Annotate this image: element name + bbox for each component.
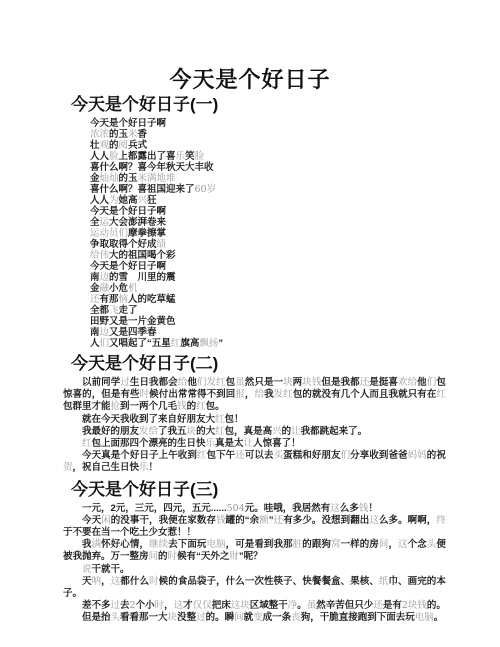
text-run: 南: [90, 327, 100, 338]
light-text-run: 给: [178, 377, 188, 388]
light-text-run: 欢给: [398, 377, 417, 388]
text-run: ！: [368, 503, 378, 514]
light-text-run: 绩: [157, 239, 167, 250]
text-run: 才: [183, 600, 193, 611]
text-run: 包。: [206, 401, 225, 412]
light-text-run: 过: [111, 600, 121, 611]
light-text-run: 这: [398, 539, 408, 550]
text-run: 一元，2元，三元，四元，五元......: [82, 503, 227, 514]
text-run: 人: [90, 338, 100, 349]
light-text-run: 飞: [109, 305, 119, 316]
light-text-run: 红: [215, 426, 225, 437]
light-text-run: 这: [174, 600, 184, 611]
light-text-run: 终: [436, 515, 446, 526]
light-text-run: 红: [196, 401, 206, 412]
light-text-run: 红: [436, 389, 446, 400]
text-run: 走了: [119, 305, 138, 316]
lyric-line: 田野又是一片金黄色: [90, 316, 500, 327]
text-run: 的。瞬: [206, 612, 235, 623]
paragraph: 但是抬头看看那一大块没整过的。瞬间就变成一条丧狗，干脆直接跑到下面去玩电脑。: [63, 612, 446, 624]
text-run: 的没事干，我便在家数存: [111, 515, 216, 526]
lyric-line: 今天是个好日子啊: [90, 118, 500, 129]
light-text-run: 乐: [206, 438, 216, 449]
text-run: 成一条: [263, 612, 292, 623]
text-run: 笑: [185, 151, 195, 162]
light-text-run: 钱: [177, 401, 187, 412]
text-run: 包！: [225, 414, 244, 425]
text-run: 又是四季春: [109, 327, 157, 338]
text-run: 。: [434, 612, 444, 623]
text-run: 壮: [90, 140, 100, 151]
light-text-run: 运动员们: [90, 228, 128, 239]
light-text-run: 边: [100, 272, 110, 283]
light-text-run: 米满地堆: [138, 173, 176, 184]
text-run: 元。哇哦，我居然有: [245, 503, 331, 514]
light-text-run: 贺: [63, 462, 73, 473]
text-run: 天: [82, 576, 92, 587]
paragraph: 就在今天我收到了来自好朋友大红包！: [63, 414, 446, 426]
text-run: 人人: [90, 151, 109, 162]
light-text-run: 过: [120, 377, 130, 388]
text-run: 今天: [82, 515, 101, 526]
light-text-run: 这: [111, 576, 121, 587]
light-text-run: 脸: [109, 151, 119, 162]
text-run: 区域整干: [250, 600, 288, 611]
text-run: 没整: [177, 612, 196, 623]
light-text-run: 块: [283, 377, 293, 388]
light-text-run: 融: [100, 283, 110, 294]
text-run: 狂: [147, 195, 157, 206]
text-run: 人人: [90, 195, 109, 206]
text-run: 我: [264, 389, 274, 400]
text-run: 的。: [427, 600, 446, 611]
text-run: ，: [388, 539, 398, 550]
text-run: 个念: [408, 539, 427, 550]
text-run: 看看那一大: [120, 612, 168, 623]
text-run: 的玉: [119, 173, 138, 184]
lyric-line: 给伟大的祖国喝个彩: [90, 250, 500, 261]
light-text-run: 们发红: [197, 377, 226, 388]
text-run: 小危: [109, 283, 128, 294]
light-text-run: 兴: [272, 426, 282, 437]
light-text-run: 乐: [139, 462, 149, 473]
lyric-line: 金融小危机: [90, 283, 500, 294]
text-run: 候的食品袋子，什么一次性筷子、快餐餐盒、果核、: [159, 576, 379, 587]
light-text-run: 们: [100, 338, 110, 349]
lyric-line: 南边的雪 川里的震: [90, 272, 500, 283]
light-text-run: 机: [128, 283, 138, 294]
light-text-run: 钱: [216, 515, 226, 526]
light-text-run: 2块钱: [402, 600, 427, 611]
light-text-run: 504: [227, 503, 245, 514]
text-run: 香: [138, 129, 148, 140]
light-text-run: 红: [171, 338, 181, 349]
light-text-run: 边: [100, 327, 110, 338]
text-run: 干就干。: [92, 564, 130, 575]
light-text-run: 们: [427, 377, 437, 388]
text-run: 去下面玩: [168, 539, 206, 550]
light-text-run: 妈妈: [408, 450, 427, 461]
text-run: 包下午: [207, 450, 236, 461]
light-text-run: 电脑: [415, 612, 434, 623]
paragraph: 天呐，这都什么时候的食品袋子，什么一次性筷子、快餐餐盒、果核、纸巾、画完的本子。: [63, 576, 446, 600]
text-run: 喜什么啊？喜今年秋天大丰收: [90, 162, 214, 173]
paragraph: 一元，2元，三元，四元，五元......504元。哇哦，我居然有这么多钱！: [63, 503, 446, 515]
text-run: 一样的房: [341, 539, 379, 550]
light-text-run: 给: [255, 389, 265, 400]
text-run: 他: [187, 377, 197, 388]
text-run: 候有“天外之: [177, 551, 229, 562]
light-text-run: 间: [149, 551, 159, 562]
text-run: 差不多: [82, 600, 111, 611]
light-text-run: 还: [90, 294, 100, 305]
light-text-run: 净: [288, 600, 298, 611]
light-text-run: 时: [155, 600, 165, 611]
light-text-run: 灿灿: [100, 173, 119, 184]
text-run: 包，真是高: [225, 426, 273, 437]
text-run: 的: [282, 426, 292, 437]
text-run: 大的祖国喝个彩: [109, 250, 176, 261]
text-run: 的玉: [109, 129, 128, 140]
lyric-line: 人们又唱起了“五星红旗高飘扬”: [90, 338, 500, 349]
text-run: ，祝自己生日快: [73, 462, 140, 473]
light-text-run: 块: [168, 612, 178, 623]
text-run: 她高: [119, 195, 138, 206]
lyric-line: 金灿灿的玉米满地堆: [90, 173, 500, 184]
text-run: 田野又是一片金黄色: [90, 316, 176, 327]
text-run: 我最好的朋友: [82, 426, 139, 437]
text-run: 又唱起了“五星: [109, 338, 171, 349]
light-text-run: 钱: [359, 503, 369, 514]
light-text-run: 乐: [176, 151, 186, 162]
lyric-line: 喜什么啊？喜今年秋天大丰收: [90, 162, 500, 173]
paragraph: 今天闲的没事干，我便在家数存钱罐的“余额”还有多少。没想到翻出这么多。啊啊，终于…: [63, 515, 446, 539]
light-text-run: 浓浓: [90, 129, 109, 140]
lyric-line: 全都飞走了: [90, 305, 500, 316]
paragraph: 说干就干。: [63, 564, 446, 576]
text-run: 怀好心情，: [101, 539, 149, 550]
section-heading-2: 今天是个好日子(二): [71, 354, 500, 374]
text-run: 全都: [90, 305, 109, 316]
text-run: 狗，干脆直接跑到下面去玩: [301, 612, 415, 623]
text-run: ，可是看到我那: [226, 539, 293, 550]
light-text-run: 间: [379, 539, 389, 550]
light-text-run: 块钱: [302, 377, 321, 388]
light-text-run: 电脑: [206, 539, 225, 550]
light-text-run: 过: [196, 612, 206, 623]
light-text-run: 额: [259, 515, 269, 526]
document-page: 今天是个好日子 今天是个好日子(一)今天是个好日子啊浓浓的玉米香壮观的阅兵式人人…: [0, 0, 500, 647]
light-text-run: 脸: [195, 151, 205, 162]
light-text-run: 米: [128, 129, 138, 140]
text-run: 包: [226, 377, 236, 388]
paragraph-block: 以前同学过生日我都会给他们发红包虽然只是一块两块钱但是我都还是挺喜欢给他们包惊喜…: [63, 377, 446, 475]
text-run: 。: [297, 600, 307, 611]
text-run: 上都露出了喜: [119, 151, 176, 162]
light-text-run: 头: [111, 612, 121, 623]
text-run: 南: [90, 272, 100, 283]
light-text-run: 60岁: [195, 184, 217, 195]
text-run: 喜什么啊？喜祖国迎来了: [90, 184, 195, 195]
paragraph: 今天真是个好日子上午收到红包下午还可以去买蛋糕和好朋友们分享收到爸爸妈妈的祝贺，…: [63, 450, 446, 474]
light-text-run: 买: [274, 450, 284, 461]
text-run: 到一两个几毛: [120, 401, 177, 412]
light-text-run: 抢: [111, 401, 121, 412]
text-run: 候付出常常得不到回: [149, 389, 235, 400]
text-run: 可以去: [245, 450, 274, 461]
text-run: ，: [164, 600, 174, 611]
text-run: 包的就没有几个人而且我就只有在: [293, 389, 437, 400]
text-run: 然只是一: [245, 377, 283, 388]
light-text-run: 运: [100, 217, 110, 228]
text-run: 我都跳起来了。: [301, 426, 368, 437]
light-text-run: 这: [330, 503, 340, 514]
light-text-run: 还: [360, 377, 370, 388]
light-text-run: 观: [100, 140, 110, 151]
light-text-run: 让: [291, 426, 301, 437]
light-text-run: 这块: [231, 600, 250, 611]
text-run: 人惊喜了！: [253, 438, 301, 449]
text-run: 的跟狗: [302, 539, 331, 550]
text-run: 么多。啊啊，: [379, 515, 436, 526]
light-text-run: 窝: [331, 539, 341, 550]
text-run: 金: [90, 173, 100, 184]
lyric-line: 争取取得个好成绩: [90, 239, 500, 250]
light-text-run: 发给: [139, 426, 158, 437]
text-run: ，: [101, 576, 111, 587]
light-text-run: 这: [369, 515, 379, 526]
text-run: ！: [149, 462, 159, 473]
light-text-run: 闲: [101, 515, 111, 526]
lyric-line: 南边又是四季春: [90, 327, 500, 338]
paragraph: 红包上面那四个漂亮的生日快乐真是太让人惊喜了！: [63, 438, 446, 450]
text-run: ”: [218, 338, 223, 349]
text-run: 的: [187, 401, 197, 412]
text-run: 金: [90, 283, 100, 294]
lyric-line: 运动员们摩拳擦掌: [90, 228, 500, 239]
light-text-run: 还: [274, 515, 284, 526]
text-run: 争取取得个好成: [90, 239, 157, 250]
text-run: 他: [417, 377, 427, 388]
paragraph: 我满怀好心情，继续去下面玩电脑，可是看到我那脏的跟狗窝一样的房间，这个念头便被我…: [63, 539, 446, 563]
text-run: 分享收到爸爸: [350, 450, 407, 461]
light-text-run: 头: [427, 539, 437, 550]
lyric-line: 人人脸上都露出了喜乐笑脸: [90, 151, 500, 162]
light-text-run: 红: [197, 450, 207, 461]
light-text-run: 恼: [119, 294, 129, 305]
lyric-line: 全运大会澎湃卷来: [90, 217, 500, 228]
text-run: 的雪 川里的震: [109, 272, 176, 283]
text-run: 个小: [136, 600, 155, 611]
text-run: 的: [109, 140, 119, 151]
text-run: 罐的“余: [226, 515, 260, 526]
light-text-run: 红: [215, 414, 225, 425]
text-run: 今天真是个好日子上午收到: [82, 450, 197, 461]
text-run: 有多少。没想到翻出: [283, 515, 369, 526]
text-run: 包群里才能: [63, 401, 111, 412]
text-run: ”呢？: [239, 551, 263, 562]
light-text-run: 仅仅: [193, 600, 212, 611]
light-text-run: 块: [187, 426, 197, 437]
text-run: 旗高: [180, 338, 199, 349]
text-run: 包上面那四个漂亮的生日快: [92, 438, 206, 449]
light-text-run: 给伟: [90, 250, 109, 261]
lyric-line: 壮观的阅兵式: [90, 140, 500, 151]
light-text-run: 时: [168, 551, 178, 562]
text-run: 是挺喜: [369, 377, 398, 388]
text-run: 了我五: [158, 426, 187, 437]
text-run: 就: [244, 612, 254, 623]
text-run: 就在今天我收到了来自好朋友大: [82, 414, 215, 425]
text-run: 的祝: [427, 450, 446, 461]
text-run: 全: [90, 217, 100, 228]
section-heading-1: 今天是个好日子(一): [71, 95, 500, 115]
text-run: 然辛苦但只少: [316, 600, 373, 611]
light-text-run: 还: [235, 450, 245, 461]
light-text-run: 时: [149, 576, 159, 587]
light-text-run: 飘扬: [199, 338, 218, 349]
text-run: 的大: [196, 426, 215, 437]
text-run: 把床: [212, 600, 231, 611]
section-heading-3: 今天是个好日子(三): [71, 480, 500, 500]
text-run: ，: [245, 389, 255, 400]
text-run: 去: [120, 600, 130, 611]
light-text-run: 还: [373, 600, 383, 611]
lyrics-block: 今天是个好日子啊浓浓的玉米香壮观的阅兵式人人脸上都露出了喜乐笑脸喜什么啊？喜今年…: [90, 118, 500, 349]
light-text-run: 红: [82, 438, 92, 449]
light-text-run: 虽: [307, 600, 317, 611]
light-text-run: 丧: [291, 612, 301, 623]
text-run: 有那: [100, 294, 119, 305]
light-text-run: 报: [235, 389, 245, 400]
text-run: 于不要在当一个吃土少女惹！！: [63, 527, 196, 538]
light-text-run: 说: [82, 564, 92, 575]
text-run: 今天是个好日子啊: [90, 206, 166, 217]
paragraph: 以前同学过生日我都会给他们发红包虽然只是一块两块钱但是我都还是挺喜欢给他们包惊喜…: [63, 377, 446, 414]
text-run: 的: [158, 551, 168, 562]
text-run: 大会澎湃卷来: [109, 217, 166, 228]
text-run: 人的吃草蜢: [128, 294, 176, 305]
text-run: 两: [293, 377, 303, 388]
text-run: 么多: [340, 503, 359, 514]
text-run: 以前同学: [82, 377, 120, 388]
lyric-line: 今天是个好日子啊: [90, 261, 500, 272]
paragraph: 我最好的朋友发给了我五块的大红包，真是高兴的让我都跳起来了。: [63, 426, 446, 438]
lyric-line: 喜什么啊？喜祖国迎来了60岁: [90, 184, 500, 195]
lyric-line: 还有那恼人的吃草蜢: [90, 294, 500, 305]
light-text-run: 让: [244, 438, 254, 449]
light-text-run: 虽: [235, 377, 245, 388]
light-text-run: 时: [140, 389, 150, 400]
light-text-run: 财: [229, 551, 239, 562]
light-text-run: 间: [234, 612, 244, 623]
text-run: 但是抬: [82, 612, 111, 623]
text-run: 生日我都会: [130, 377, 178, 388]
text-run: 但是我都: [321, 377, 359, 388]
text-run: 蛋糕和好朋友: [283, 450, 340, 461]
light-text-run: 们: [341, 450, 351, 461]
light-text-run: 满: [92, 539, 102, 550]
light-text-run: 兴: [138, 195, 148, 206]
text-run: 今天是个好日子啊: [90, 118, 166, 129]
lyric-line: 今天是个好日子啊: [90, 206, 500, 217]
light-text-run: 脏: [293, 539, 303, 550]
text-run: 兵式: [128, 140, 147, 151]
light-text-run: 发红: [274, 389, 293, 400]
text-run: 我: [82, 539, 92, 550]
paragraph-block: 一元，2元，三元，四元，五元......504元。哇哦，我居然有这么多钱！今天闲…: [63, 503, 446, 625]
light-text-run: 变: [253, 612, 263, 623]
light-text-run: 为: [109, 195, 119, 206]
text-run: 是有: [383, 600, 402, 611]
document-body: 今天是个好日子(一)今天是个好日子啊浓浓的玉米香壮观的阅兵式人人脸上都露出了喜乐…: [0, 95, 500, 625]
paragraph: 差不多过去2个小时，这才仅仅把床这块区域整干净。虽然辛苦但只少还是有2块钱的。: [63, 600, 446, 612]
text-run: 今天是个好日子啊: [90, 261, 166, 272]
light-text-run: 呐: [92, 576, 102, 587]
lyric-line: 浓浓的玉米香: [90, 129, 500, 140]
document-title: 今天是个好日子: [0, 0, 500, 93]
lyric-line: 人人为她高兴狂: [90, 195, 500, 206]
text-run: 真是太: [215, 438, 244, 449]
text-run: 摩拳擦掌: [128, 228, 166, 239]
light-text-run: 阅: [119, 140, 129, 151]
text-run: 都什么: [120, 576, 149, 587]
light-text-run: 继续: [149, 539, 168, 550]
